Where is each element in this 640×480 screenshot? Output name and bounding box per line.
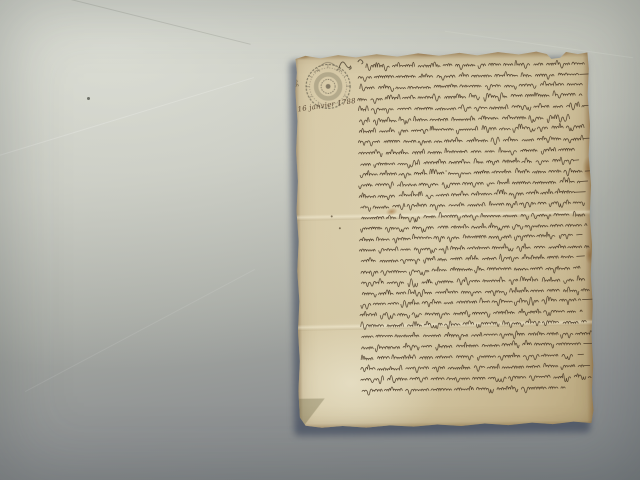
manuscript-page: 16 janvier 1788 26 [294,50,595,429]
manuscript-line [358,135,593,146]
photo-scene: 16 janvier 1788 26 [0,0,640,480]
manuscript-line [361,362,590,373]
manuscript-line [361,265,580,276]
manuscript-line [359,177,588,189]
manuscript-body-text [357,59,594,395]
manuscript-line [366,60,585,72]
manuscript-line [360,81,583,92]
manuscript-line [361,352,583,362]
manuscript-line [358,102,592,114]
surface-scratch [0,77,254,160]
manuscript-line [361,222,587,233]
manuscript-line [362,339,595,352]
manuscript-line [362,385,565,395]
manuscript-line [360,167,594,179]
manuscript-line [358,71,591,82]
manuscript-line [361,157,579,169]
manuscript-line [360,308,582,320]
manuscript-line [362,330,593,341]
surface-scratch [25,269,255,392]
paper-sheet: 16 janvier 1788 26 [294,50,595,429]
manuscript-line [359,147,575,157]
manuscript-line [359,123,584,136]
surface-speck [87,97,90,100]
manuscript-line [360,232,583,244]
manuscript-line [361,296,593,309]
paraph-flourish-icon [339,60,363,70]
manuscript-line [361,200,585,212]
manuscript-line [361,318,587,330]
manuscript-line [359,188,585,200]
manuscript-line [358,90,582,103]
manuscript-line [361,253,584,265]
manuscript-line [359,243,589,255]
manuscript-line [361,276,584,288]
surface-scratch [27,0,250,45]
manuscript-line [362,210,585,222]
manuscript-line [362,286,589,297]
manuscript-line [359,114,569,125]
manuscript-line [361,373,591,384]
